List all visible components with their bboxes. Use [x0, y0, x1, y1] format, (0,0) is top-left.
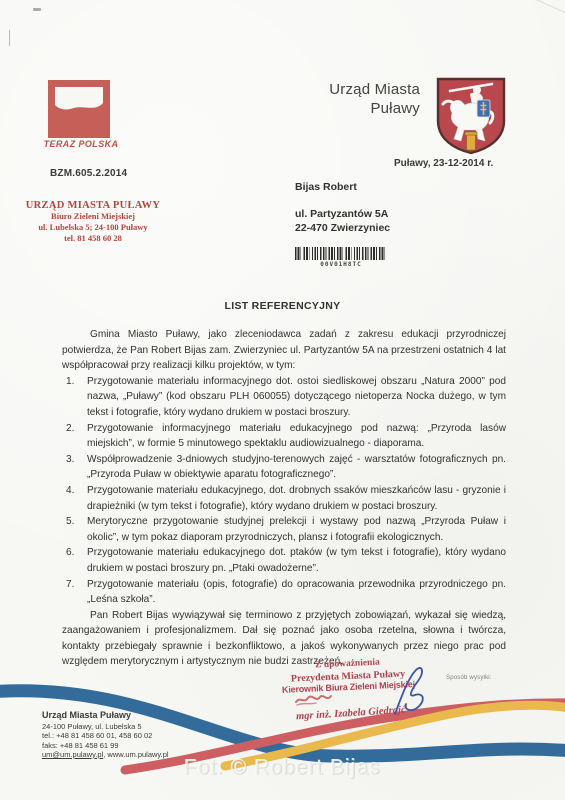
footer-address: 24-100 Puławy, ul. Lubelska 5: [42, 722, 169, 731]
scanned-letter-page: TERAZ POLSKA BZM.605.2.2014 URZĄD MIASTA…: [0, 0, 565, 800]
list-item-number: 6.: [66, 545, 80, 576]
footer-fax: faks: +48 81 458 61 99: [42, 741, 169, 750]
list-item: 5. Merytoryczne przygotowanie studyjnej …: [66, 514, 506, 545]
reference-number: BZM.605.2.2014: [50, 168, 127, 179]
list-item: 3. Współprowadzenie 3-dniowych studyjno-…: [66, 452, 506, 483]
addressee-block: Bijas Robert ul. Partyzantów 5A 22-470 Z…: [295, 181, 390, 234]
intro-paragraph: Gmina Miasto Puławy, jako zleceniodawca …: [62, 327, 506, 374]
barcode-label: 00V01H8TC: [295, 261, 387, 268]
list-item-text: Przygotowanie materiału informacyjnego d…: [87, 374, 506, 421]
addressee-street: ul. Partyzantów 5A: [295, 208, 390, 220]
stamp-org-name: URZĄD MIASTA PUŁAWY: [14, 200, 172, 211]
handwritten-signature: [386, 666, 434, 723]
list-item: 2. Przygotowanie informacyjnego materiał…: [66, 421, 506, 452]
letter-body: Gmina Miasto Puławy, jako zleceniodawca …: [62, 327, 506, 670]
closing-paragraph: Pan Robert Bijas wywiązywał się terminow…: [62, 608, 506, 670]
list-item-text: Przygotowanie informacyjnego materiału e…: [87, 421, 506, 452]
list-item: 1. Przygotowanie materiału informacyjneg…: [66, 374, 506, 421]
photo-copyright-watermark: Fot. © Robert Bijas: [0, 756, 565, 780]
footer-org-name: Urząd Miasta Puławy: [42, 710, 169, 720]
office-address-stamp: URZĄD MIASTA PUŁAWY Biuro Zieleni Miejsk…: [14, 200, 172, 244]
letterhead-org-line1: Urząd Miasta: [290, 80, 420, 99]
list-item-number: 7.: [66, 577, 80, 608]
letterhead-org-line2: Puławy: [290, 99, 420, 118]
footer-phone: tel.: +48 81 458 60 01, 458 60 02: [42, 731, 169, 740]
footer-contact-block: Urząd Miasta Puławy 24-100 Puławy, ul. L…: [42, 710, 169, 759]
list-item-number: 2.: [66, 421, 80, 452]
scan-artifact-mark: [33, 8, 41, 11]
list-item-text: Współprowadzenie 3-dniowych studyjno-ter…: [87, 452, 506, 483]
list-item: 6. Przygotowanie materiału edukacyjnego …: [66, 545, 506, 576]
scan-artifact-diagonal: [522, 0, 565, 14]
list-item-number: 5.: [66, 514, 80, 545]
teraz-polska-logo-icon: [48, 80, 110, 143]
list-item: 7. Przygotowanie materiału (opis, fotogr…: [66, 577, 506, 608]
stamp-address: ul. Lubelska 5; 24-100 Puławy: [14, 222, 172, 233]
project-list: 1. Przygotowanie materiału informacyjneg…: [66, 374, 506, 608]
teraz-polska-label: TERAZ POLSKA: [42, 139, 120, 149]
stamp-department: Biuro Zieleni Miejskiej: [14, 211, 172, 222]
list-item-number: 3.: [66, 452, 80, 483]
scan-artifact-line: [9, 30, 10, 46]
list-item-text: Merytoryczne przygotowanie studyjnej pre…: [87, 514, 506, 545]
addressee-name: Bijas Robert: [295, 181, 390, 193]
stamp-phone: tel. 81 458 60 28: [14, 233, 172, 244]
letter-date: Puławy, 23-12-2014 r.: [394, 158, 493, 169]
letter-title: LIST REFERENCYJNY: [0, 300, 565, 312]
letterhead-org-name: Urząd Miasta Puławy: [290, 80, 420, 118]
barcode: [295, 247, 387, 260]
list-item-number: 4.: [66, 483, 80, 514]
list-item-text: Przygotowanie materiału edukacyjnego, do…: [87, 483, 506, 514]
addressee-city: 22-470 Zwierzyniec: [295, 222, 390, 234]
list-item: 4. Przygotowanie materiału edukacyjnego,…: [66, 483, 506, 514]
list-item-text: Przygotowanie materiału (opis, fotografi…: [87, 577, 506, 608]
pulawy-coat-of-arms-icon: [430, 75, 512, 160]
list-item-number: 1.: [66, 374, 80, 421]
list-item-text: Przygotowanie materiału edukacyjnego dot…: [87, 545, 506, 576]
